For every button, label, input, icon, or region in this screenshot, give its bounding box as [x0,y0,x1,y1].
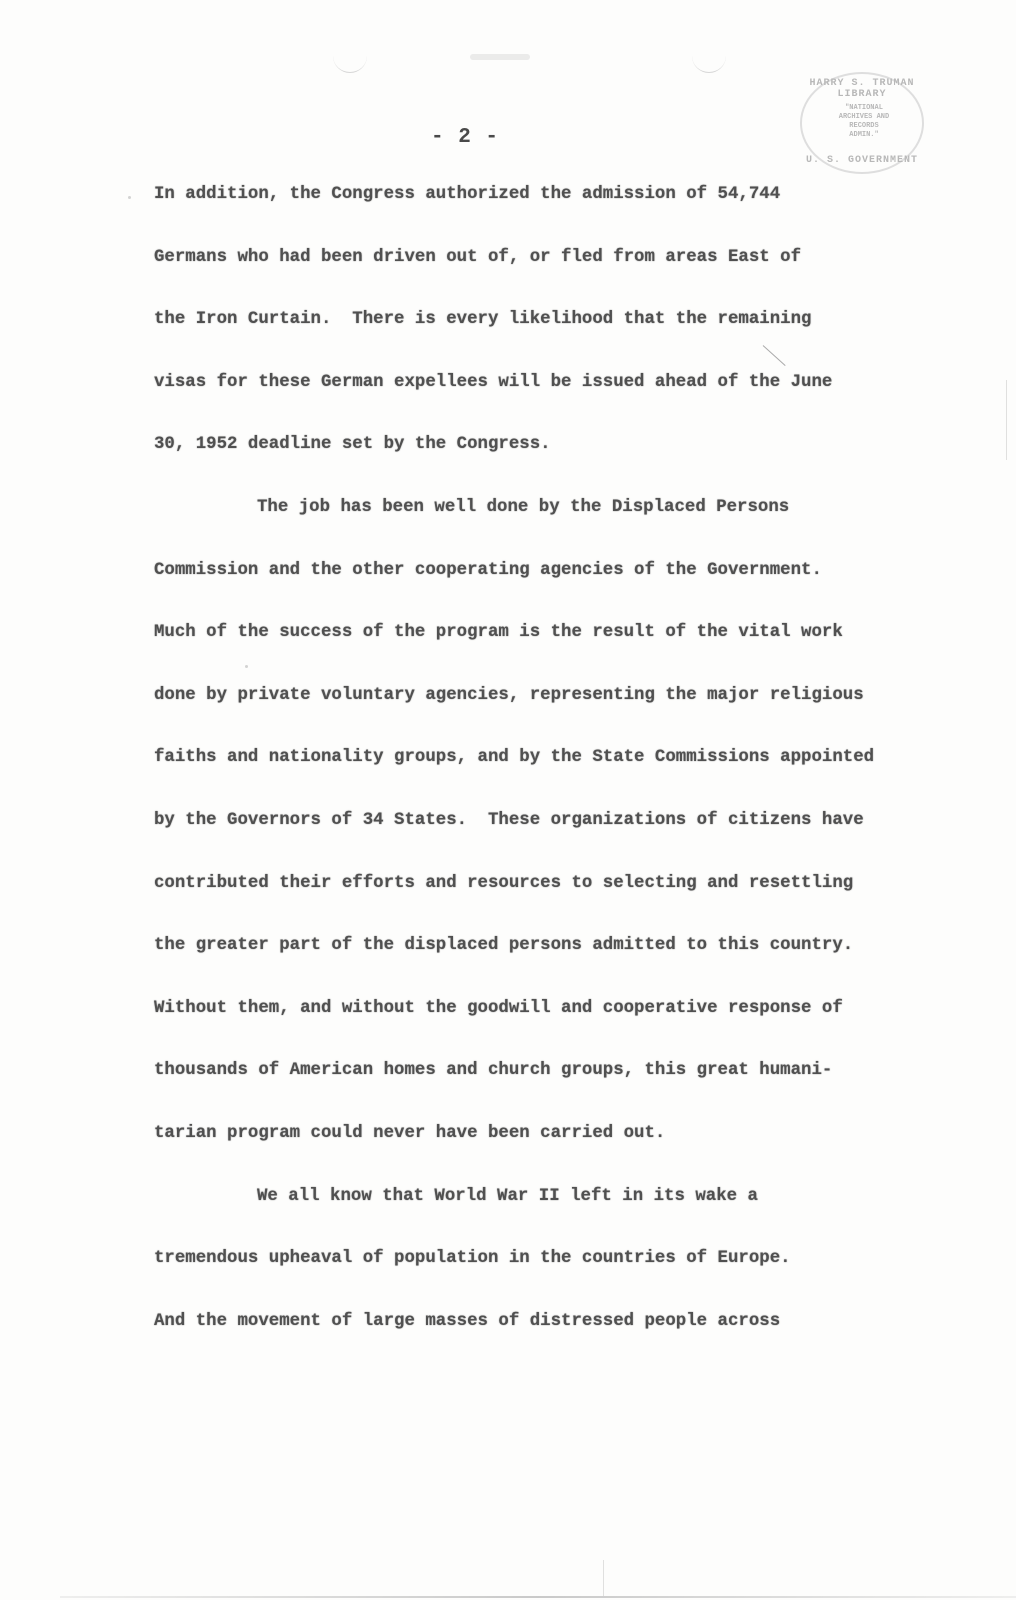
text-line: Germans who had been driven out of, or f… [154,243,914,306]
text-line: visas for these German expellees will be… [154,368,914,431]
scan-speck [245,665,248,668]
paragraph: In addition, the Congress authorized the… [154,180,914,493]
text-line: tarian program could never have been car… [154,1119,914,1182]
scan-smudge [470,54,530,60]
document-body: In addition, the Congress authorized the… [154,180,914,1369]
paragraph: We all know that World War II left in it… [154,1182,914,1370]
paragraph: The job has been well done by the Displa… [154,493,914,1182]
text-line: The job has been well done by the Displa… [154,493,914,556]
text-line: Without them, and without the goodwill a… [154,994,914,1057]
punch-hole-mark [692,52,726,73]
page-number: - 2 - [0,126,930,149]
scan-speck [128,196,131,199]
text-line: the Iron Curtain. There is every likelih… [154,305,914,368]
text-line: tremendous upheaval of population in the… [154,1244,914,1307]
text-line: by the Governors of 34 States. These org… [154,806,914,869]
text-line: And the movement of large masses of dist… [154,1307,914,1370]
punch-hole-mark [333,52,367,73]
page-edge [60,1596,1016,1598]
text-line: faiths and nationality groups, and by th… [154,743,914,806]
scan-artifact [603,1560,604,1596]
text-line: contributed their efforts and resources … [154,869,914,932]
text-line: Much of the success of the program is th… [154,618,914,681]
document-page: HARRY S. TRUMAN LIBRARY "NATIONAL ARCHIV… [0,0,1016,1600]
stamp-ring-bottom-text: U. S. GOVERNMENT [802,155,922,166]
scan-artifact [1006,380,1007,460]
archive-stamp: HARRY S. TRUMAN LIBRARY "NATIONAL ARCHIV… [800,72,924,174]
text-line: Commission and the other cooperating age… [154,556,914,619]
text-line: We all know that World War II left in it… [154,1182,914,1245]
text-line: In addition, the Congress authorized the… [154,180,914,243]
stamp-ring-top-text: HARRY S. TRUMAN LIBRARY [802,78,922,100]
text-line: 30, 1952 deadline set by the Congress. [154,430,914,493]
text-line: the greater part of the displaced person… [154,931,914,994]
text-line: done by private voluntary agencies, repr… [154,681,914,744]
text-line: thousands of American homes and church g… [154,1056,914,1119]
